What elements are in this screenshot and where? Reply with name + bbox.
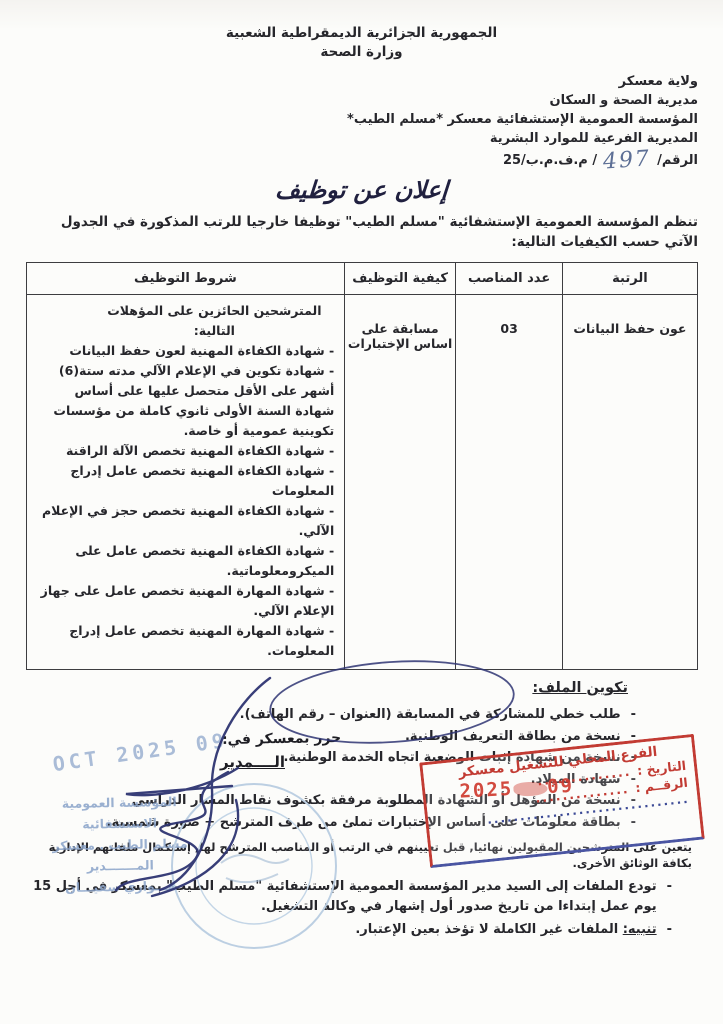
condition-item: - شهادة الكفاءة المهنية تخصص الآلة الراق…	[35, 441, 335, 461]
condition-item: - شهادة المهارة المهنية تخصص عامل إدراج …	[35, 621, 335, 661]
warning-text: تنبيه: الملفات غير الكاملة لا تؤخذ بعين …	[355, 920, 656, 940]
ministry-line: وزارة الصحة	[25, 43, 698, 62]
hr-subdirectorate-line: المديرية الفرعية للموارد البشرية	[25, 129, 698, 148]
bullet-dash: -	[631, 769, 636, 791]
completion-note: يتعين على المترشحين المقبولين نهائيا, قب…	[35, 839, 692, 871]
method-cell: مسابقة على اساس الإختبارات	[345, 295, 456, 670]
bullet-dash: -	[631, 812, 636, 834]
organization-block: ولاية معسكر مديرية الصحة و السكان المؤسس…	[25, 72, 698, 172]
condition-item: - شهادة الكفاءة المهنية لعون حفظ البيانا…	[35, 341, 335, 361]
table-row: عون حفظ البيانات 03 مسابقة على اساس الإخ…	[26, 295, 697, 670]
intro-paragraph: تنظم المؤسسة العمومية الإستشفائية "مسلم …	[25, 212, 698, 252]
warning-label: تنبيه:	[623, 922, 657, 937]
ref-prefix: الرقم/	[657, 151, 698, 170]
list-item: -طلب خطي للمشاركة في المسابقة (العنوان –…	[25, 704, 636, 726]
warning-item: -تنبيه: الملفات غير الكاملة لا تؤخذ بعين…	[25, 920, 672, 940]
file-requirements-list: -طلب خطي للمشاركة في المسابقة (العنوان –…	[25, 704, 636, 833]
directorate-line: مديرية الصحة و السكان	[25, 91, 698, 110]
wilaya-line: ولاية معسكر	[25, 72, 698, 91]
list-item-text: نسخة من المؤهل أو الشهادة المطلوبة مرفقة…	[132, 790, 621, 812]
list-item-text: نسخة من بطاقة التعريف الوطنية.	[405, 726, 621, 748]
deposit-text: تودع الملفات إلى السيد مدير المؤسسة العم…	[25, 877, 657, 917]
conditions-intro: المترشحين الحائزين على المؤهلات التالية:	[35, 301, 335, 341]
document-content: الجمهورية الجزائرية الديمقراطية الشعبية …	[0, 0, 723, 940]
handwritten-ref-number: 497	[603, 149, 652, 171]
warning-body: الملفات غير الكاملة لا تؤخذ بعين الإعتبا…	[355, 922, 618, 937]
list-item-text: بطاقة معلومات على أساس الإختبارات تملئ م…	[107, 812, 621, 834]
condition-item: - شهادة المهارة المهنية تخصص عامل على جه…	[35, 581, 335, 621]
reference-number-line: الرقم/ 497 / م.ف.م.ب/25	[25, 148, 698, 172]
list-item: -نسخة من شهادة إثبات الوضعية اتجاه الخدم…	[25, 747, 636, 769]
page-title: إعلان عن توظيف	[24, 176, 699, 204]
col-header-rank: الرتبة	[563, 263, 697, 295]
scanned-document-page: الجمهورية الجزائرية الديمقراطية الشعبية …	[0, 0, 723, 1024]
list-item: -نسخة من المؤهل أو الشهادة المطلوبة مرفق…	[25, 790, 636, 812]
conditions-cell: المترشحين الحائزين على المؤهلات التالية:…	[26, 295, 345, 670]
rank-cell: عون حفظ البيانات	[563, 295, 697, 670]
bullet-dash: -	[667, 920, 672, 940]
col-header-positions: عدد المناصب	[455, 263, 562, 295]
list-item: -نسخة من بطاقة التعريف الوطنية.	[25, 726, 636, 748]
closing-list: -تودع الملفات إلى السيد مدير المؤسسة الع…	[25, 877, 672, 940]
hospital-line: المؤسسة العمومية الإستشفائية معسكر *مسلم…	[25, 110, 698, 129]
bullet-dash: -	[631, 704, 636, 726]
positions-cell: 03	[455, 295, 562, 670]
bullet-dash: -	[667, 877, 672, 917]
condition-item: - شهادة الكفاءة المهنية تخصص حجز في الإع…	[35, 501, 335, 541]
file-composition-heading: تكوين الملف:	[532, 680, 628, 696]
col-header-conditions: شروط التوظيف	[26, 263, 345, 295]
republic-line: الجمهورية الجزائرية الديمقراطية الشعبية	[25, 24, 698, 43]
bullet-dash: -	[631, 790, 636, 812]
col-header-method: كيفية التوظيف	[345, 263, 456, 295]
ref-suffix: / م.ف.م.ب/25	[503, 151, 597, 170]
recruitment-table: الرتبة عدد المناصب كيفية التوظيف شروط ال…	[26, 262, 698, 670]
condition-item: - شهادة تكوين في الإعلام الآلي مدته ستة(…	[35, 361, 335, 441]
bullet-dash: -	[631, 747, 636, 769]
condition-item: - شهادة الكفاءة المهنية تخصص عامل على ال…	[35, 541, 335, 581]
condition-item: - شهادة الكفاءة المهنية تخصص عامل إدراج …	[35, 461, 335, 501]
list-item: -شهادة الميلاد.	[25, 769, 636, 791]
list-item-text: طلب خطي للمشاركة في المسابقة (العنوان – …	[240, 704, 621, 726]
list-item: -بطاقة معلومات على أساس الإختبارات تملئ …	[25, 812, 636, 834]
list-item-text: نسخة من شهادة إثبات الوضعية اتجاه الخدمة…	[283, 747, 620, 769]
deposit-item: -تودع الملفات إلى السيد مدير المؤسسة الع…	[25, 877, 672, 917]
national-header: الجمهورية الجزائرية الديمقراطية الشعبية …	[25, 24, 698, 62]
list-item-text: شهادة الميلاد.	[531, 769, 621, 791]
bullet-dash: -	[631, 726, 636, 748]
table-header-row: الرتبة عدد المناصب كيفية التوظيف شروط ال…	[26, 263, 697, 295]
